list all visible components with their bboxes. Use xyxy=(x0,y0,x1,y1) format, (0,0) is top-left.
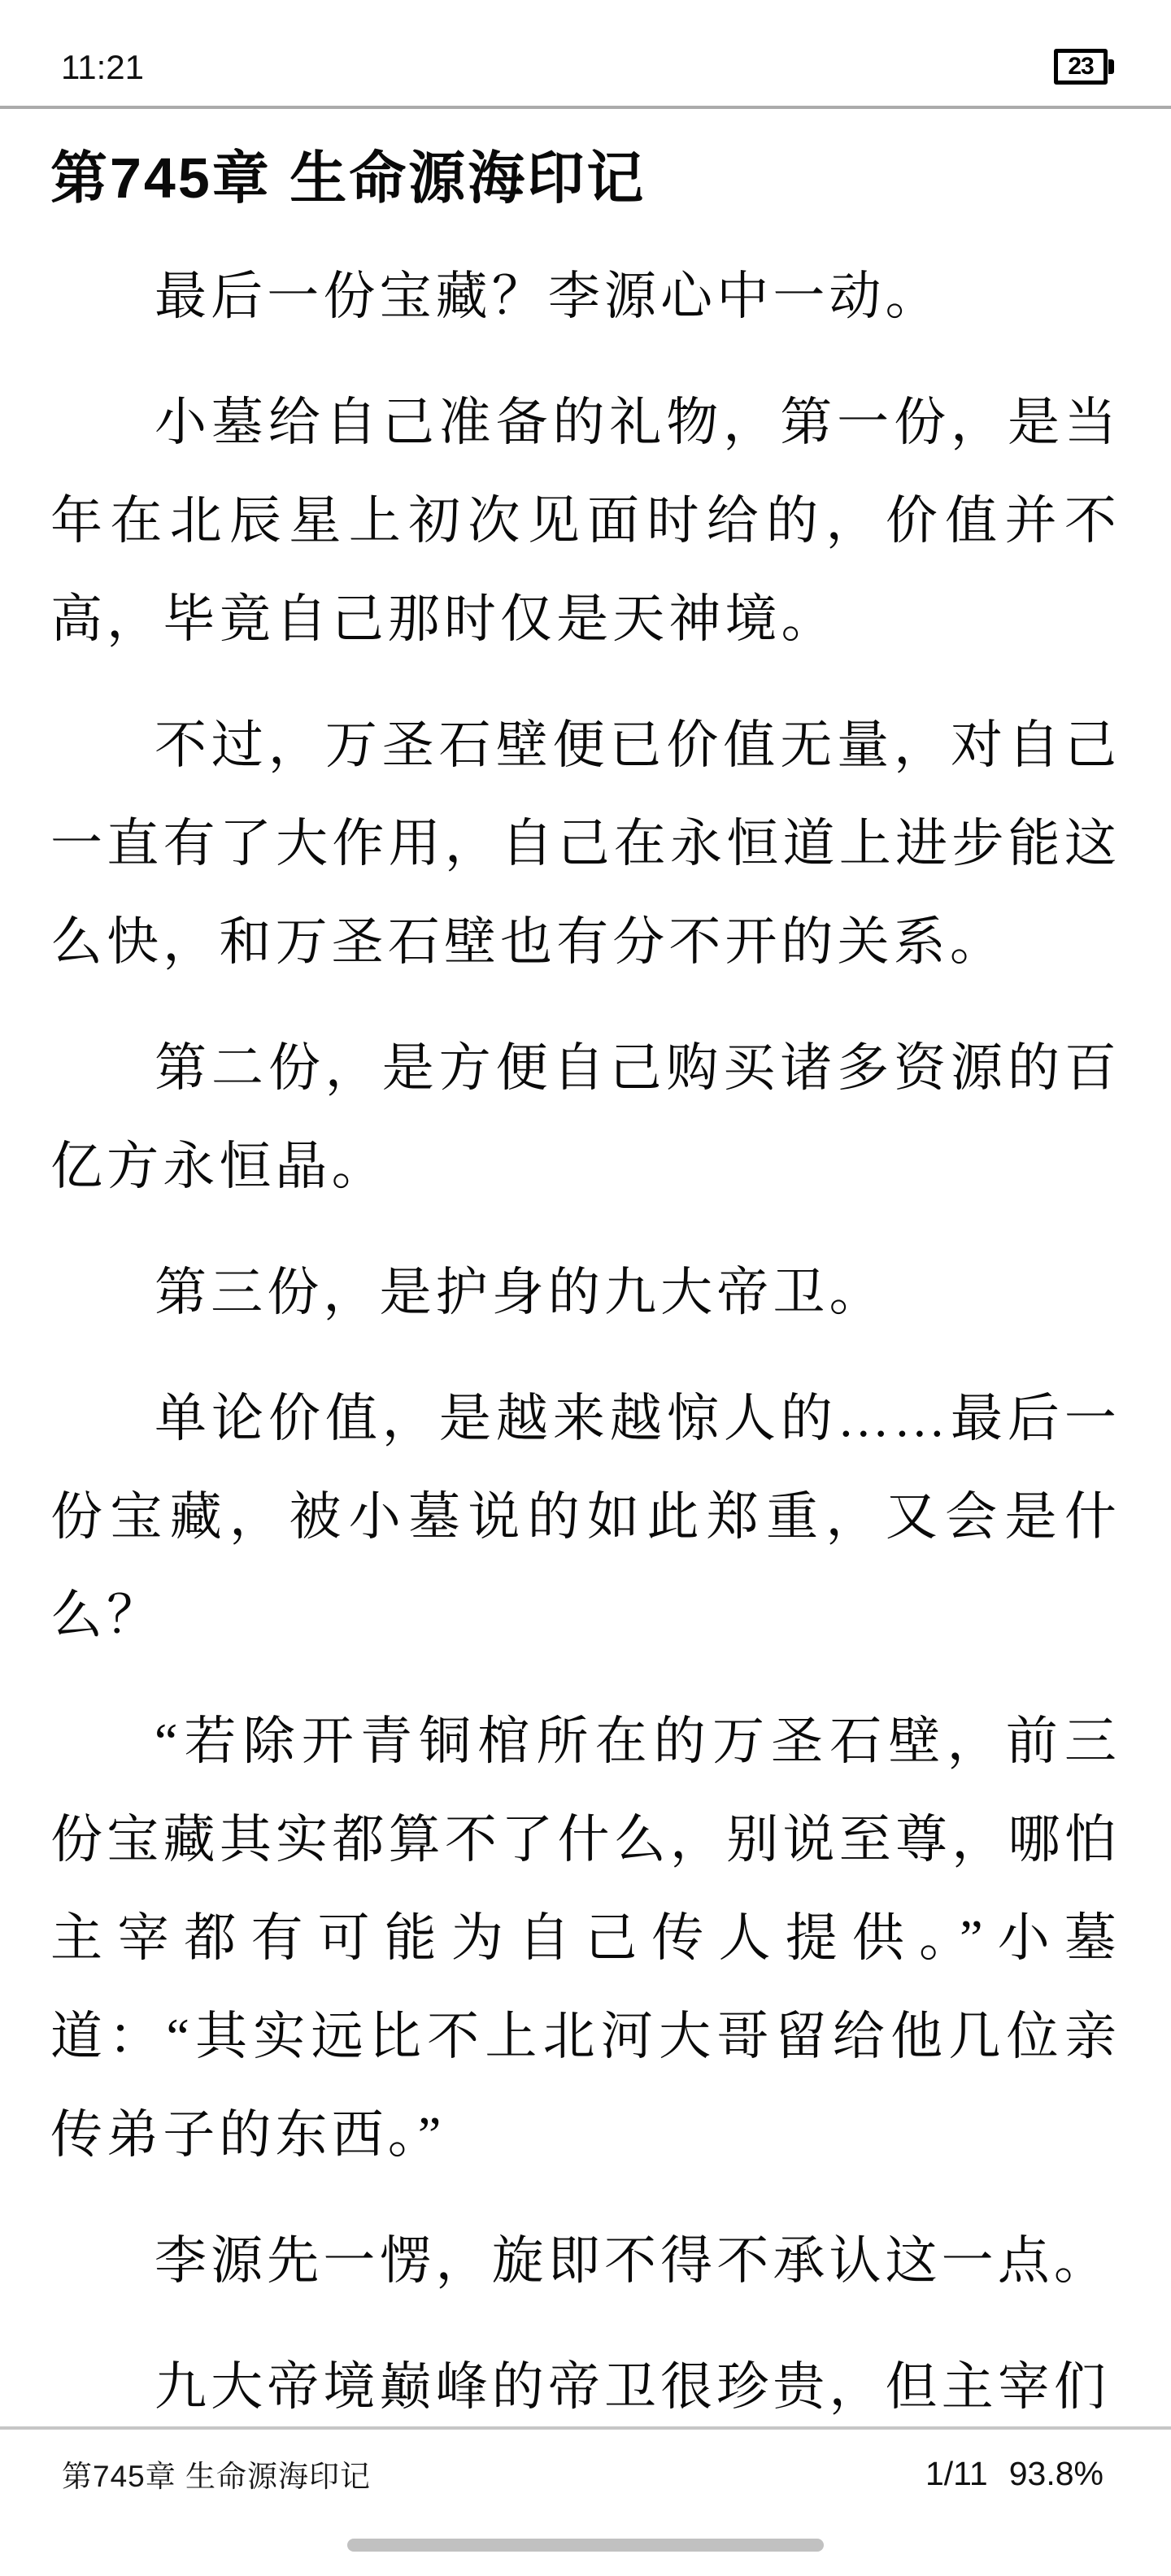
reading-area[interactable]: 第745章 生命源海印记 最后一份宝藏？李源心中一动。 小墓给自己准备的礼物，第… xyxy=(0,137,1171,2436)
paragraph: 第二份，是方便自己购买诸多资源的百亿方永恒晶。 xyxy=(50,1019,1121,1216)
battery-nub xyxy=(1108,59,1114,74)
footer-progress: 1/11 93.8% xyxy=(925,2455,1104,2493)
battery-outline: 23 xyxy=(1054,49,1108,85)
paragraph: 最后一份宝藏？李源心中一动。 xyxy=(50,247,1121,346)
paragraph: 第三份，是护身的九大帝卫。 xyxy=(50,1243,1121,1342)
battery-icon: 23 xyxy=(1054,49,1114,85)
paragraph: “若除开青铜棺所在的万圣石壁，前三份宝藏其实都算不了什么，别说至尊，哪怕主宰都有… xyxy=(50,1692,1121,2184)
paragraph: 小墓给自己准备的礼物，第一份，是当年在北辰星上初次见面时给的，价值并不高，毕竟自… xyxy=(50,373,1121,668)
paragraph: 九大帝境巅峰的帝卫很珍贵，但主宰们 xyxy=(50,2338,1121,2436)
status-bar: 11:21 23 xyxy=(0,0,1171,106)
paragraph: 单论价值，是越来越惊人的……最后一份宝藏，被小墓说的如此郑重，又会是什么？ xyxy=(50,1369,1121,1664)
progress-percent: 93.8% xyxy=(1009,2455,1104,2493)
status-bar-divider xyxy=(0,106,1171,109)
chapter-title: 第745章 生命源海印记 xyxy=(50,137,1121,220)
reader-footer: 第745章 生命源海印记 1/11 93.8% xyxy=(0,2439,1171,2508)
home-indicator[interactable] xyxy=(347,2539,824,2552)
page-indicator: 1/11 xyxy=(925,2455,988,2493)
footer-chapter-label: 第745章 生命源海印记 xyxy=(62,2452,371,2495)
battery-percent-text: 23 xyxy=(1068,53,1093,80)
paragraph: 不过，万圣石壁便已价值无量，对自己一直有了大作用，自己在永恒道上进步能这么快，和… xyxy=(50,696,1121,991)
paragraph: 李源先一愣，旋即不得不承认这一点。 xyxy=(50,2212,1121,2310)
footer-divider xyxy=(0,2426,1171,2430)
clock-text: 11:21 xyxy=(61,50,144,85)
